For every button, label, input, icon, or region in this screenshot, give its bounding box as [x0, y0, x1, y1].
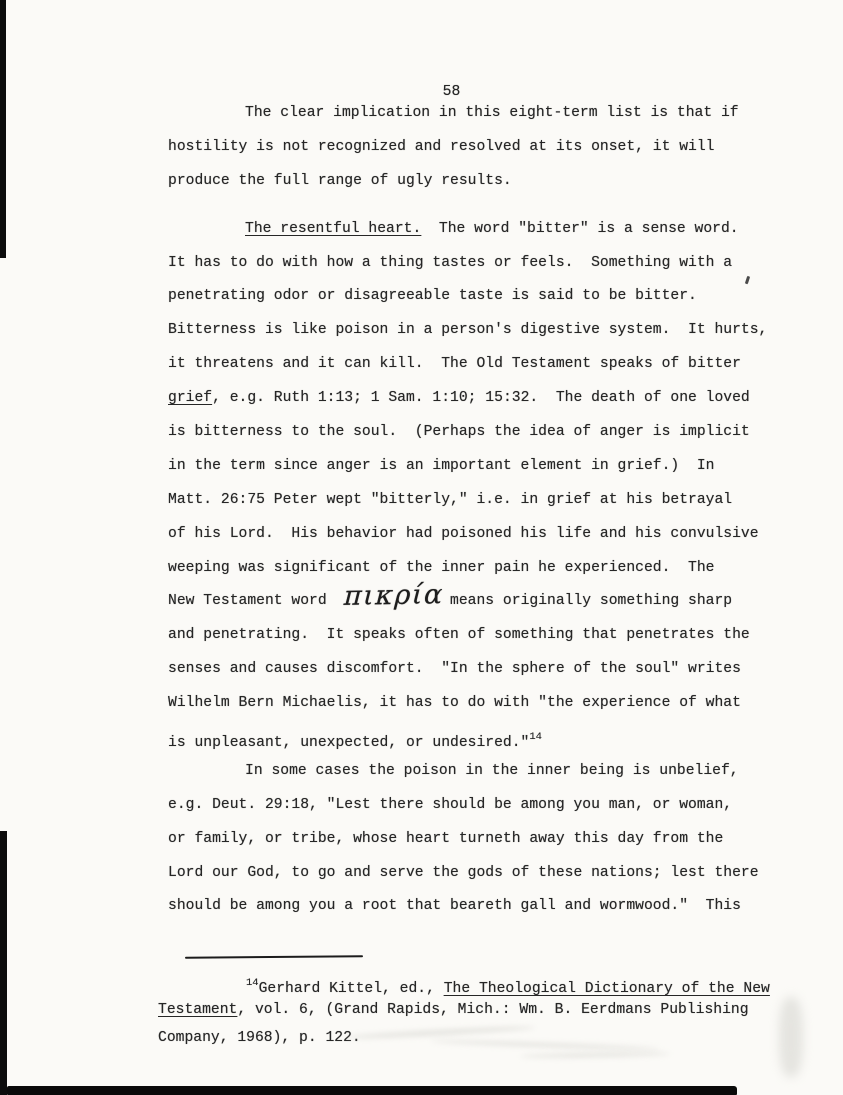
- typed-line: in the term since anger is an important …: [168, 450, 808, 484]
- text-run: Lord our God, to go and serve the gods o…: [168, 865, 759, 881]
- underlined-text: The resentful heart.: [245, 221, 421, 237]
- typed-line: hostility is not recognized and resolved…: [168, 131, 808, 165]
- typed-line: 14Gerhard Kittel, ed., The Theological D…: [158, 970, 770, 997]
- greek-word-pikria: πικρία: [343, 582, 444, 611]
- underlined-text: Testament: [158, 1002, 237, 1018]
- typed-line: produce the full range of ugly results.: [168, 165, 808, 199]
- text-run: Bitterness is like poison in a person's …: [168, 322, 767, 338]
- typed-line: penetrating odor or disagreeable taste i…: [168, 280, 808, 314]
- typed-line: Bitterness is like poison in a person's …: [168, 314, 808, 348]
- typed-line: Matt. 26:75 Peter wept "bitterly," i.e. …: [168, 484, 808, 518]
- text-run: Company, 1968), p. 122.: [158, 1030, 361, 1046]
- typed-line: Wilhelm Bern Michaelis, it has to do wit…: [168, 687, 808, 721]
- typed-line: In some cases the poison in the inner be…: [168, 755, 808, 789]
- text-run: hostility is not recognized and resolved…: [168, 139, 714, 155]
- text-run: it threatens and it can kill. The Old Te…: [168, 356, 741, 372]
- text-run: In some cases the poison in the inner be…: [245, 763, 739, 779]
- pencil-smudge: [520, 1052, 670, 1059]
- gray-smudge: [779, 997, 803, 1077]
- text-run: of his Lord. His behavior had poisoned h…: [168, 526, 759, 542]
- text-run: weeping was significant of the inner pai…: [168, 560, 714, 576]
- scan-edge-artifact-left-top: [0, 0, 6, 258]
- footnote-separator: [185, 955, 363, 959]
- text-run: should be among you a root that beareth …: [168, 898, 741, 914]
- text-run: Matt. 26:75 Peter wept "bitterly," i.e. …: [168, 492, 732, 508]
- text-run: The word "bitter" is a sense word.: [421, 221, 738, 237]
- footnote-ref-number: 14: [246, 977, 259, 989]
- scan-edge-artifact-left-bottom: [0, 831, 7, 1095]
- underlined-text: grief: [168, 390, 212, 406]
- typed-line: is bitterness to the soul. (Perhaps the …: [168, 416, 808, 450]
- body-text: The clear implication in this eight-term…: [168, 97, 808, 924]
- underlined-text: The Theological Dictionary of the New: [444, 981, 770, 997]
- text-run: produce the full range of ugly results.: [168, 173, 512, 189]
- text-run: senses and causes discomfort. "In the sp…: [168, 661, 741, 677]
- scan-edge-artifact-bottom: [7, 1086, 737, 1095]
- typed-line: it threatens and it can kill. The Old Te…: [168, 348, 808, 382]
- typed-line: Lord our God, to go and serve the gods o…: [168, 857, 808, 891]
- typed-line: grief, e.g. Ruth 1:13; 1 Sam. 1:10; 15:3…: [168, 382, 808, 416]
- typed-line: is unpleasant, unexpected, or undesired.…: [168, 721, 808, 755]
- text-run: New Testament word: [168, 593, 327, 609]
- typed-line: It has to do with how a thing tastes or …: [168, 247, 808, 281]
- text-run: penetrating odor or disagreeable taste i…: [168, 288, 697, 304]
- text-run: and penetrating. It speaks often of some…: [168, 627, 750, 643]
- typed-line: New Testament wordπικρία means originall…: [168, 585, 808, 619]
- typed-line: should be among you a root that beareth …: [168, 890, 808, 924]
- typed-line: e.g. Deut. 29:18, "Lest there should be …: [168, 789, 808, 823]
- text-run: Gerhard Kittel, ed.,: [259, 981, 444, 997]
- typed-line: The clear implication in this eight-term…: [168, 97, 808, 131]
- text-run: is bitterness to the soul. (Perhaps the …: [168, 424, 750, 440]
- scanned-document-page: 58 The clear implication in this eight-t…: [0, 0, 843, 1095]
- text-run: The clear implication in this eight-term…: [245, 105, 739, 121]
- typed-line: or family, or tribe, whose heart turneth…: [168, 823, 808, 857]
- typed-line: The resentful heart. The word "bitter" i…: [168, 213, 808, 247]
- text-run: , vol. 6, (Grand Rapids, Mich.: Wm. B. E…: [237, 1002, 748, 1018]
- text-run: Wilhelm Bern Michaelis, it has to do wit…: [168, 695, 741, 711]
- text-run: e.g. Deut. 29:18, "Lest there should be …: [168, 797, 732, 813]
- text-run: , e.g. Ruth 1:13; 1 Sam. 1:10; 15:32. Th…: [212, 390, 750, 406]
- typed-line: senses and causes discomfort. "In the sp…: [168, 653, 808, 687]
- text-run: or family, or tribe, whose heart turneth…: [168, 831, 723, 847]
- text-run: in the term since anger is an important …: [168, 458, 714, 474]
- text-run: It has to do with how a thing tastes or …: [168, 255, 732, 271]
- typed-line: weeping was significant of the inner pai…: [168, 552, 808, 586]
- typed-line: and penetrating. It speaks often of some…: [168, 619, 808, 653]
- footnote-ref-number: 14: [529, 731, 542, 743]
- typed-line: of his Lord. His behavior had poisoned h…: [168, 518, 808, 552]
- typed-line: Testament, vol. 6, (Grand Rapids, Mich.:…: [158, 997, 770, 1024]
- text-run: is unpleasant, unexpected, or undesired.…: [168, 735, 529, 751]
